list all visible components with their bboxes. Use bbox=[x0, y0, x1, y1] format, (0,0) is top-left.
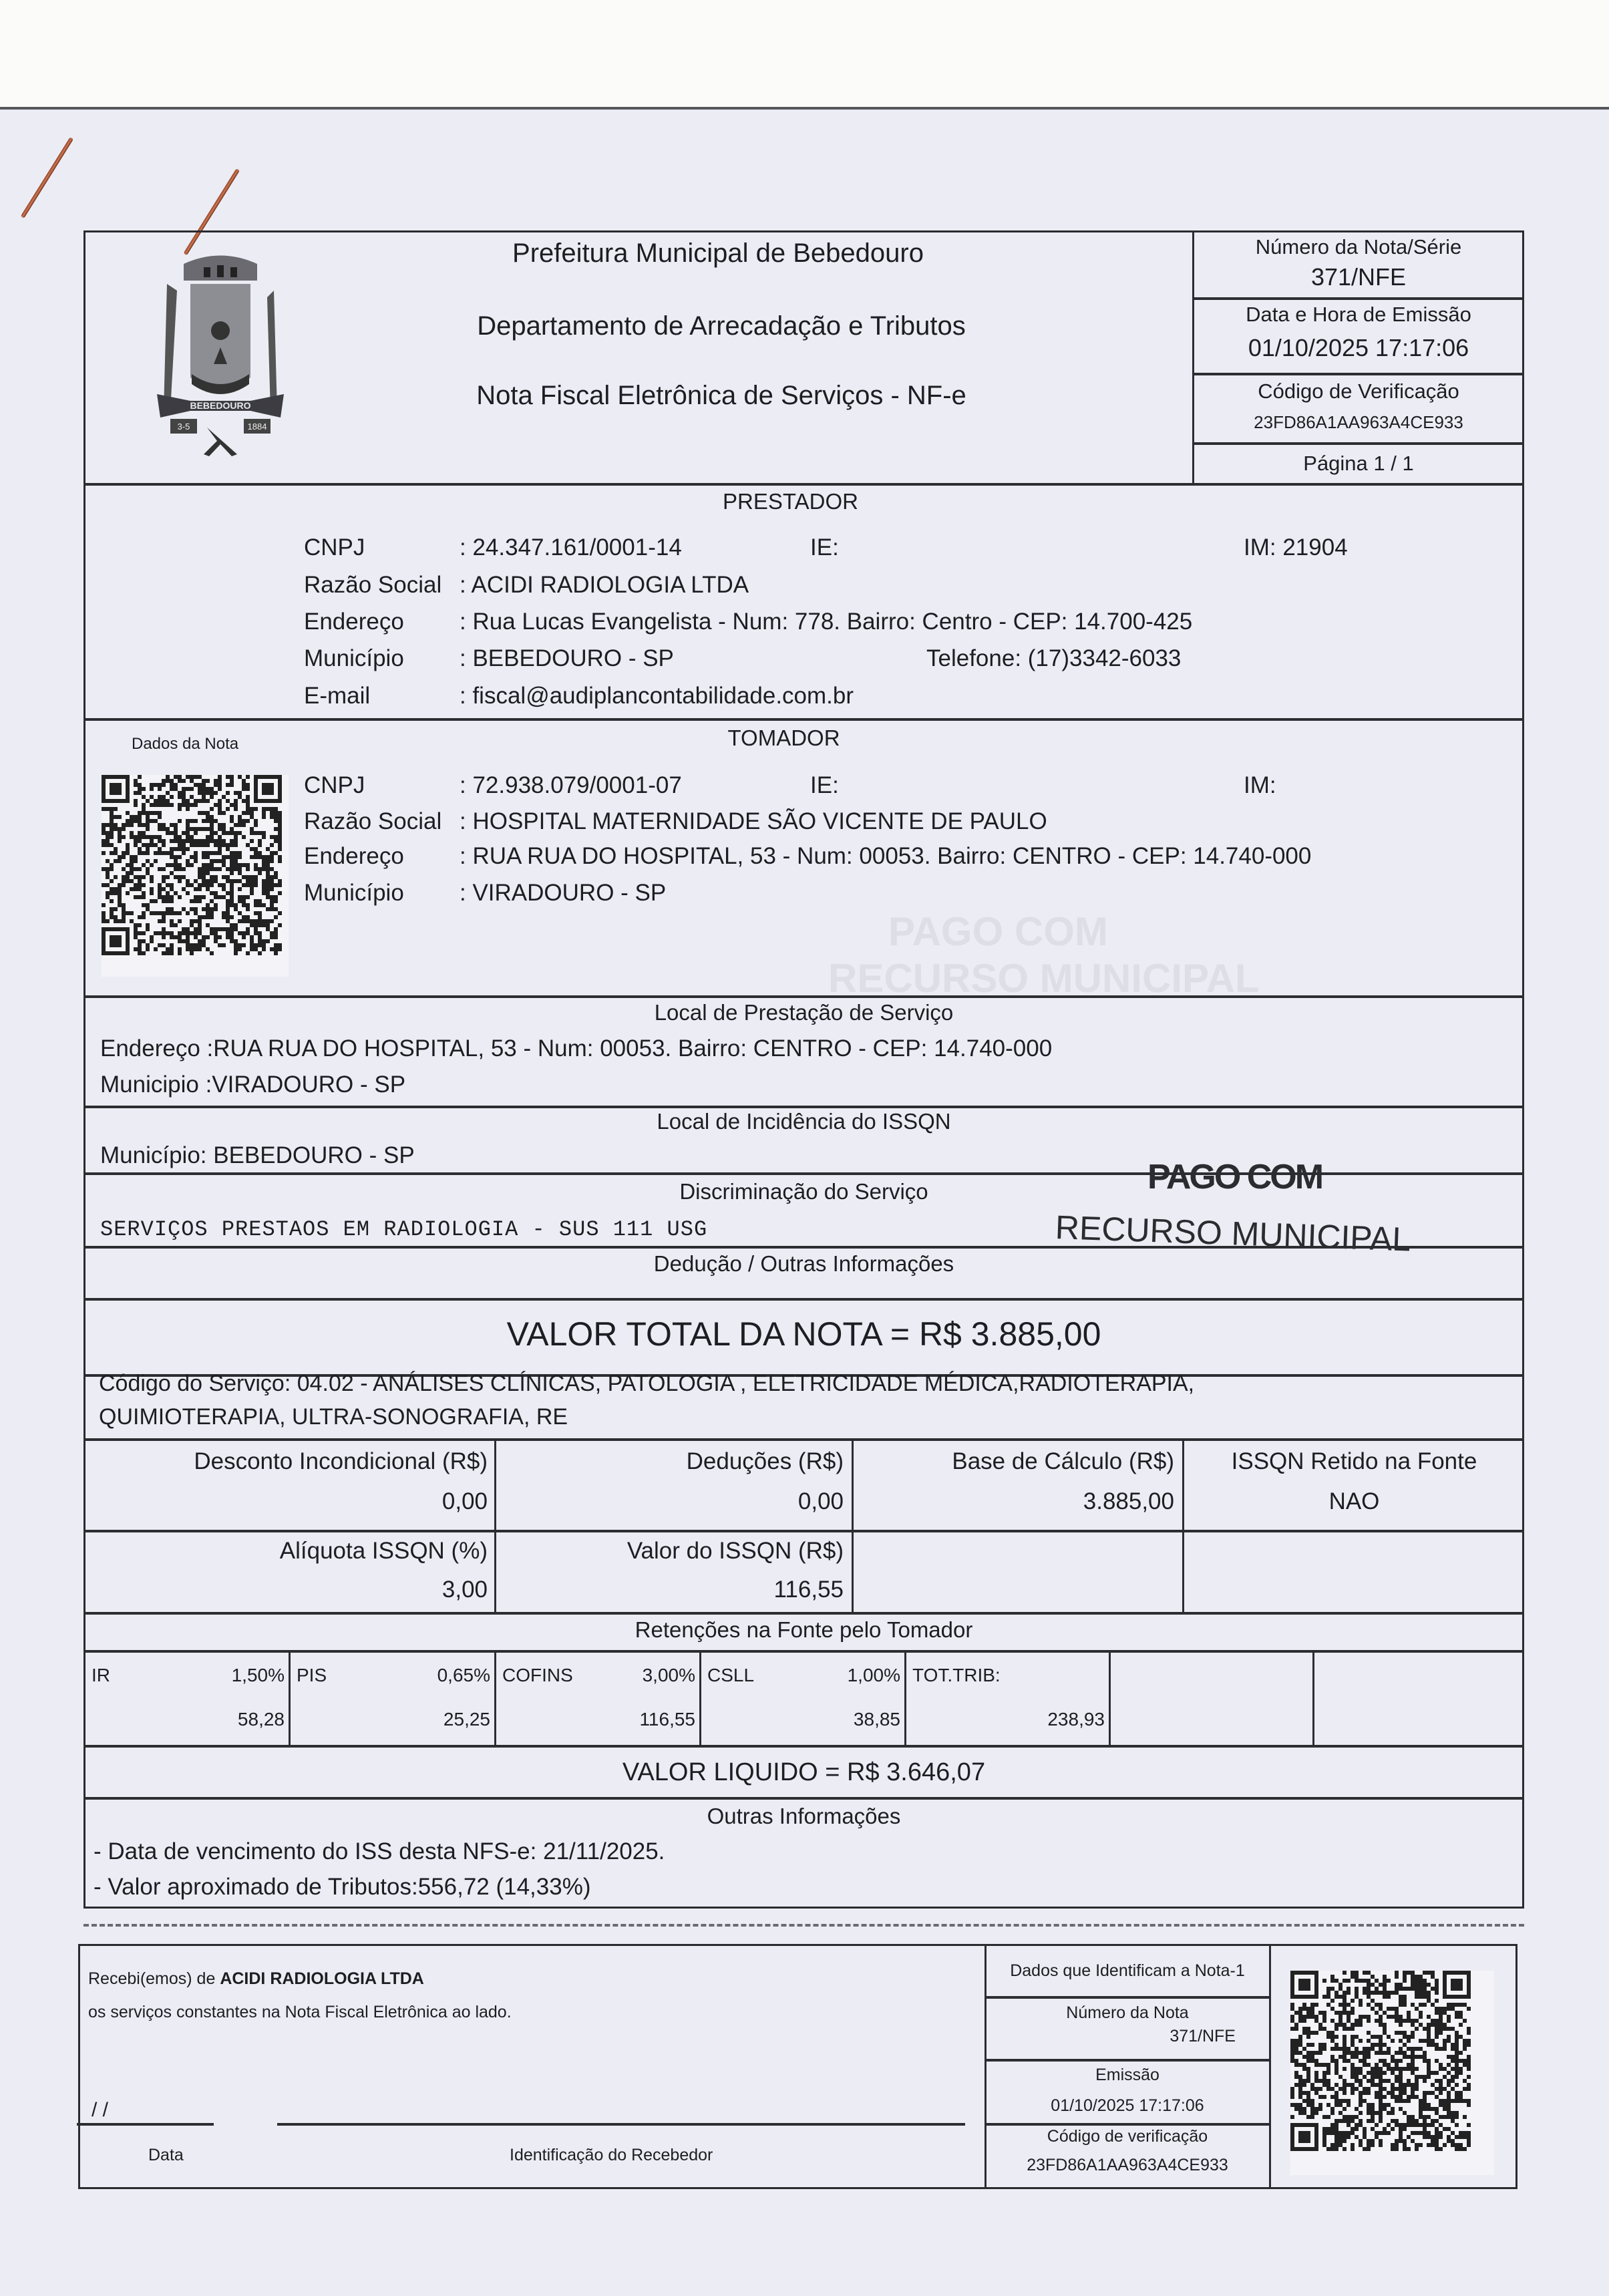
local-prestacao-title: Local de Prestação de Serviço bbox=[83, 1000, 1524, 1025]
municipal-coat-of-arms-icon: BEBEDOURO 3-5 1884 bbox=[150, 251, 291, 458]
codigo-servico-line2: QUIMIOTERAPIA, ULTRA-SONOGRAFIA, RE bbox=[99, 1404, 568, 1430]
base-calculo-value: 3.885,00 bbox=[855, 1488, 1174, 1515]
svg-text:BEBEDOURO: BEBEDOURO bbox=[190, 400, 250, 411]
ident-codigo: 23FD86A1AA963A4CE933 bbox=[986, 2156, 1269, 2175]
desconto-value: 0,00 bbox=[87, 1488, 488, 1515]
ident-codigo-label: Código de verificação bbox=[986, 2127, 1269, 2146]
retencao-name: TOT.TRIB: bbox=[912, 1665, 1001, 1686]
outras-tributos: - Valor aproximado de Tributos:556,72 (1… bbox=[94, 1874, 591, 1901]
divider bbox=[83, 718, 1524, 721]
tomador-cnpj-label: CNPJ bbox=[304, 772, 365, 799]
divider bbox=[494, 1650, 496, 1745]
deducoes-value: 0,00 bbox=[498, 1488, 844, 1515]
aliquota-label: Alíquota ISSQN (%) bbox=[87, 1538, 488, 1565]
prestador-razao: : ACIDI RADIOLOGIA LTDA bbox=[460, 572, 749, 599]
divider bbox=[83, 1530, 1524, 1532]
divider bbox=[904, 1650, 906, 1745]
valor-liquido: VALOR LIQUIDO = R$ 3.646,07 bbox=[83, 1758, 1524, 1787]
divider bbox=[83, 1612, 1524, 1615]
divider bbox=[985, 2059, 1269, 2062]
nota-numero-value: 371/NFE bbox=[1194, 263, 1523, 291]
divider bbox=[83, 1246, 1524, 1249]
prestador-razao-label: Razão Social bbox=[304, 572, 441, 599]
divider bbox=[1192, 297, 1524, 300]
local-prestacao-endereco: Endereço :RUA RUA DO HOSPITAL, 53 - Num:… bbox=[100, 1035, 1052, 1062]
retencao-value: 25,25 bbox=[297, 1709, 490, 1730]
recibo-line2: os serviços constantes na Nota Fiscal El… bbox=[88, 2003, 512, 2022]
desconto-label: Desconto Incondicional (R$) bbox=[87, 1448, 488, 1475]
valor-issqn-value: 116,55 bbox=[498, 1577, 844, 1603]
divider bbox=[1109, 1650, 1111, 1745]
incidencia-municipio: Município: BEBEDOURO - SP bbox=[100, 1142, 415, 1169]
tomador-municipio: : VIRADOURO - SP bbox=[460, 880, 666, 907]
divider bbox=[852, 1438, 854, 1613]
qr-code[interactable] bbox=[102, 775, 289, 977]
tomador-title: TOMADOR bbox=[83, 725, 1524, 751]
retencao-rate: 1,50% bbox=[92, 1665, 285, 1686]
tomador-im: IM: bbox=[1244, 772, 1276, 799]
prestador-email: : fiscal@audiplancontabilidade.com.br bbox=[460, 683, 854, 709]
retencao-value: 116,55 bbox=[502, 1709, 695, 1730]
tomador-cnpj: : 72.938.079/0001-07 bbox=[460, 772, 682, 799]
header-departamento: Departamento de Arrecadação e Tributos bbox=[454, 311, 989, 341]
prestador-telefone: Telefone: (17)3342-6033 bbox=[926, 645, 1181, 672]
header-nfe-title: Nota Fiscal Eletrônica de Serviços - NF-… bbox=[454, 381, 989, 411]
base-calculo-label: Base de Cálculo (R$) bbox=[855, 1448, 1174, 1475]
prestador-im: IM: 21904 bbox=[1244, 534, 1348, 561]
staple-mark bbox=[21, 137, 73, 218]
codigo-verificacao-value: 23FD86A1AA963A4CE933 bbox=[1194, 412, 1523, 433]
retencao-value: 38,85 bbox=[707, 1709, 900, 1730]
retencoes-title: Retenções na Fonte pelo Tomador bbox=[83, 1617, 1524, 1643]
retencao-value: 238,93 bbox=[912, 1709, 1105, 1730]
divider bbox=[985, 1996, 1269, 1999]
recibo-prefix: Recebi(emos) de bbox=[88, 1969, 220, 1988]
issqn-retido-label: ISSQN Retido na Fonte bbox=[1186, 1448, 1523, 1475]
recibo-company: ACIDI RADIOLOGIA LTDA bbox=[220, 1969, 424, 1988]
qr-code[interactable] bbox=[1290, 1971, 1494, 2175]
retencao-rate: 1,00% bbox=[707, 1665, 900, 1686]
scan-top-edge bbox=[0, 0, 1609, 110]
divider bbox=[83, 1106, 1524, 1108]
divider bbox=[1182, 1438, 1184, 1613]
divider bbox=[83, 1650, 1524, 1653]
svg-text:1884: 1884 bbox=[248, 422, 267, 432]
ident-emissao: 01/10/2025 17:17:06 bbox=[986, 2096, 1269, 2116]
divider bbox=[494, 1438, 496, 1613]
prestador-municipio-label: Município bbox=[304, 645, 404, 672]
prestador-municipio: : BEBEDOURO - SP bbox=[460, 645, 674, 672]
tomador-endereco: : RUA RUA DO HOSPITAL, 53 - Num: 00053. … bbox=[460, 843, 1311, 870]
prestador-endereco: : Rua Lucas Evangelista - Num: 778. Bair… bbox=[460, 609, 1192, 635]
deducoes-label: Deduções (R$) bbox=[498, 1448, 844, 1475]
issqn-retido-value: NAO bbox=[1186, 1488, 1523, 1515]
prestador-ie-label: IE: bbox=[810, 534, 839, 561]
divider bbox=[1192, 442, 1524, 445]
prestador-cnpj-label: CNPJ bbox=[304, 534, 365, 561]
prestador-cnpj: : 24.347.161/0001-14 bbox=[460, 534, 682, 561]
date-signature-line[interactable] bbox=[77, 2123, 214, 2126]
divider bbox=[1312, 1650, 1314, 1745]
cut-line bbox=[83, 1924, 1524, 1927]
divider bbox=[289, 1650, 291, 1745]
divider bbox=[83, 1745, 1524, 1748]
emissao-value: 01/10/2025 17:17:06 bbox=[1194, 334, 1523, 362]
divider bbox=[985, 2123, 1269, 2126]
header-prefeitura: Prefeitura Municipal de Bebedouro bbox=[468, 238, 968, 269]
recibo-data-label: Data bbox=[148, 2146, 184, 2165]
divider bbox=[1192, 373, 1524, 375]
divider bbox=[1269, 1944, 1271, 2189]
recibo-date-slashes: / / bbox=[92, 2099, 108, 2122]
aliquota-value: 3,00 bbox=[87, 1577, 488, 1603]
prestador-title: PRESTADOR bbox=[83, 489, 1524, 514]
divider bbox=[83, 1298, 1524, 1301]
nota-numero-label: Número da Nota/Série bbox=[1194, 235, 1523, 259]
divider bbox=[83, 483, 1524, 486]
emissao-label: Data e Hora de Emissão bbox=[1194, 303, 1523, 327]
divider bbox=[83, 995, 1524, 998]
retencao-rate: 0,65% bbox=[297, 1665, 490, 1686]
deducao-title: Dedução / Outras Informações bbox=[83, 1251, 1524, 1277]
pagina-indicator: Página 1 / 1 bbox=[1194, 452, 1523, 476]
tomador-razao-label: Razão Social bbox=[304, 808, 441, 835]
invoice-main-box bbox=[83, 230, 1524, 1909]
divider bbox=[699, 1650, 701, 1745]
ident-title: Dados que Identificam a Nota-1 bbox=[986, 1961, 1269, 1981]
recibo-recebedor-label: Identificação do Recebedor bbox=[510, 2146, 713, 2165]
divider bbox=[83, 1438, 1524, 1441]
discriminacao-text: SERVIÇOS PRESTAOS EM RADIOLOGIA - SUS 11… bbox=[100, 1217, 707, 1242]
valor-issqn-label: Valor do ISSQN (R$) bbox=[498, 1538, 844, 1565]
prestador-endereco-label: Endereço bbox=[304, 609, 404, 635]
recibo-line1: Recebi(emos) de ACIDI RADIOLOGIA LTDA bbox=[88, 1969, 424, 1989]
outras-title: Outras Informações bbox=[83, 1804, 1524, 1829]
divider bbox=[83, 1797, 1524, 1800]
recebedor-signature-line[interactable] bbox=[277, 2123, 965, 2126]
tomador-ie-label: IE: bbox=[810, 772, 839, 799]
ident-emissao-label: Emissão bbox=[986, 2066, 1269, 2085]
retencao-rate: 3,00% bbox=[502, 1665, 695, 1686]
tomador-endereco-label: Endereço bbox=[304, 843, 404, 870]
incidencia-title: Local de Incidência do ISSQN bbox=[83, 1109, 1524, 1134]
valor-total: VALOR TOTAL DA NOTA = R$ 3.885,00 bbox=[83, 1315, 1524, 1353]
tomador-municipio-label: Município bbox=[304, 880, 404, 907]
tomador-razao: : HOSPITAL MATERNIDADE SÃO VICENTE DE PA… bbox=[460, 808, 1047, 835]
paid-stamp-line1: PAGO COM bbox=[1147, 1157, 1322, 1197]
prestador-email-label: E-mail bbox=[304, 683, 370, 709]
ident-numero-label: Número da Nota bbox=[986, 2003, 1269, 2023]
codigo-verificacao-label: Código de Verificação bbox=[1194, 379, 1523, 403]
codigo-servico-line1: Código do Serviço: 04.02 - ANÁLISES CLÍN… bbox=[99, 1371, 1194, 1397]
outras-vencimento: - Data de vencimento do ISS desta NFS-e:… bbox=[94, 1838, 665, 1865]
retencao-value: 58,28 bbox=[92, 1709, 285, 1730]
svg-text:3-5: 3-5 bbox=[178, 422, 190, 432]
local-prestacao-municipio: Municipio :VIRADOURO - SP bbox=[100, 1072, 405, 1098]
ident-numero: 371/NFE bbox=[986, 2027, 1236, 2046]
